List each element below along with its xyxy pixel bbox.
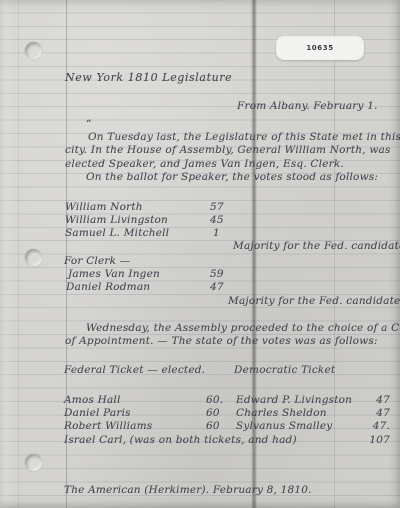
candidate-name: Daniel Rodman	[66, 281, 150, 293]
hole-punch-middle	[25, 249, 42, 266]
candidate-name: Israel Carl, (was on both tickets, and h…	[64, 434, 297, 446]
hole-punch-top	[25, 42, 42, 59]
vote-count: 45	[210, 214, 224, 226]
catalog-number-sticker: 10635	[276, 36, 364, 60]
catalog-number: 10635	[306, 44, 333, 52]
scanned-document-page: 10635 New York 1810 Legislature From Alb…	[0, 0, 400, 508]
paragraph-line: On Tuesday last, the Legislature of this…	[88, 131, 400, 143]
paragraph-line: On the ballot for Speaker, the votes sto…	[86, 171, 378, 183]
dateline: From Albany. February 1.	[237, 100, 378, 112]
vote-count: 59	[210, 268, 224, 280]
candidate-name: Charles Sheldon	[236, 407, 327, 419]
source-citation: The American (Herkimer). February 8, 181…	[64, 484, 312, 496]
candidate-name: James Van Ingen	[68, 268, 160, 280]
vote-count: 47	[210, 281, 224, 293]
vote-count: 47	[376, 394, 390, 406]
paper-crease	[251, 0, 257, 508]
paragraph-line: of Appointment. — The state of the votes…	[65, 335, 378, 347]
vote-count: 47.	[373, 420, 390, 432]
column-header-democratic: Democratic Ticket	[234, 364, 335, 376]
paragraph-line: Wednesday, the Assembly proceeded to the…	[86, 322, 400, 334]
column-header-federal: Federal Ticket — elected.	[64, 364, 205, 376]
candidate-name: Amos Hall	[64, 394, 121, 406]
vote-count: 1	[213, 227, 220, 239]
candidate-name: William North	[65, 201, 143, 213]
paper-left-edge-line	[18, 0, 19, 508]
candidate-name: Daniel Paris	[64, 407, 131, 419]
paper-crease-light	[334, 0, 335, 508]
hole-punch-bottom	[25, 454, 42, 471]
candidate-name: Robert Williams	[64, 420, 152, 432]
scan-left-edge	[0, 0, 16, 508]
vote-count: 57	[210, 201, 224, 213]
candidate-name: Samuel L. Mitchell	[65, 227, 169, 239]
section-heading: For Clerk —	[64, 255, 130, 267]
vote-count: 60	[206, 420, 220, 432]
open-quote-mark: “	[86, 118, 92, 130]
vote-count: 107	[369, 434, 390, 446]
majority-note: Majority for the Fed. candidate, 11.	[233, 240, 400, 252]
paragraph-line: city. In the House of Assembly, General …	[65, 144, 391, 156]
vote-count: 60.	[206, 394, 223, 406]
candidate-name: William Livingston	[65, 214, 168, 226]
vote-count: 47	[376, 407, 390, 419]
document-title: New York 1810 Legislature	[65, 71, 232, 84]
paragraph-line: elected Speaker, and James Van Ingen, Es…	[65, 158, 344, 170]
vote-count: 60	[206, 407, 220, 419]
